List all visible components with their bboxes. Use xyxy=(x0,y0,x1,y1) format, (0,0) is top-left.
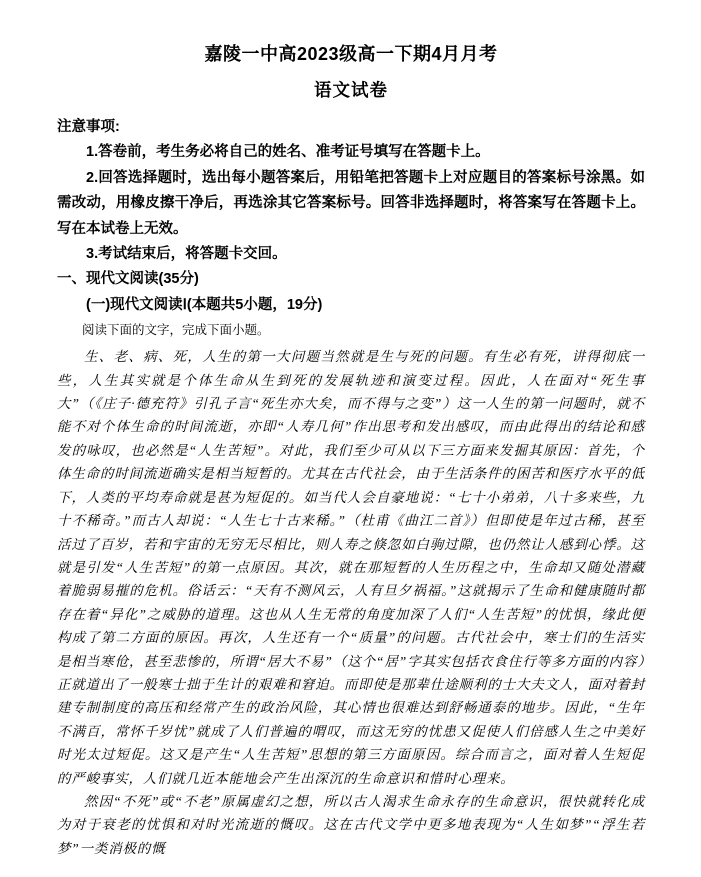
section-heading-modern-reading: 一、现代文阅读(35分) xyxy=(57,267,645,292)
exam-subtitle: 语文试卷 xyxy=(57,78,645,102)
notice-item-3: 3.考试结束后，将答题卡交回。 xyxy=(57,242,645,267)
reading-passage: 生、老、病、死，人生的第一大问题当然就是生与死的问题。有生必有死，讲得彻底一些，… xyxy=(57,345,645,860)
subsection-heading-reading-1: (一)现代文阅读Ⅰ(本题共5小题，19分) xyxy=(57,293,645,318)
exam-title: 嘉陵一中高2023级高一下期4月月考 xyxy=(57,42,645,66)
notice-heading: 注意事项: xyxy=(57,115,645,140)
notice-item-2: 2.回答选择题时，选出每小题答案后，用铅笔把答题卡上对应题目的答案标号涂黑。如需… xyxy=(57,166,645,242)
passage-paragraph: 生、老、病、死，人生的第一大问题当然就是生与死的问题。有生必有死，讲得彻底一些，… xyxy=(57,345,645,790)
exam-paper: 嘉陵一中高2023级高一下期4月月考 语文试卷 注意事项: 1.答卷前，考生务必… xyxy=(0,0,701,877)
notice-item-1: 1.答卷前，考生务必将自己的姓名、准考证号填写在答题卡上。 xyxy=(57,140,645,165)
notice-section: 注意事项: 1.答卷前，考生务必将自己的姓名、准考证号填写在答题卡上。 2.回答… xyxy=(57,115,645,267)
reading-instruction: 阅读下面的文字，完成下面小题。 xyxy=(57,318,645,342)
passage-paragraph: 然因“不死”或“不老”原属虚幻之想，所以古人渴求生命永存的生命意识，很快就转化成… xyxy=(57,790,645,860)
